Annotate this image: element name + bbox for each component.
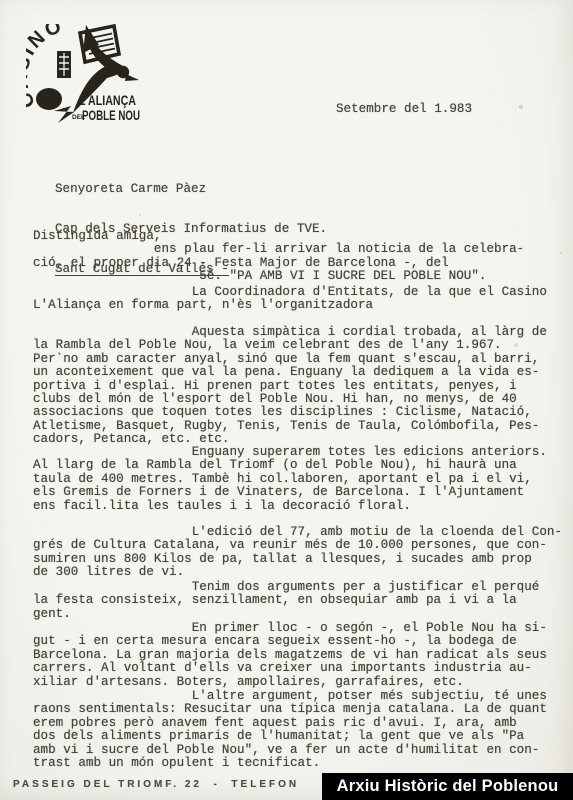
- body-paragraph: L'altre argument, potser més subjectiu, …: [33, 690, 547, 770]
- body-paragraph: L'edició del 77, amb motiu de la cloenda…: [33, 526, 562, 580]
- scanned-letter-page: CASINO: [0, 0, 573, 800]
- archive-watermark: Arxiu Històric del Poblenou: [322, 773, 573, 800]
- body-paragraph: Distingida amiga, ens plau fer-li arriva…: [33, 230, 524, 284]
- logo-alianca-text: L'ALIANÇA: [79, 93, 136, 108]
- casino-alianca-logo: CASINO: [26, 24, 144, 126]
- body-paragraph: Aquesta simpàtica i cordial trobada, al …: [33, 326, 547, 447]
- recipient-name: Senyoreta Carme Pàez: [55, 183, 327, 196]
- logo-building-icon: [57, 51, 71, 78]
- body-paragraph: Tenim dos arguments per a justificar el …: [33, 581, 539, 621]
- archive-watermark-label: Arxiu Històric del Poblenou: [337, 777, 559, 796]
- body-paragraph: La Coordinadora d'Entitats, de la que el…: [33, 286, 547, 313]
- scan-noise: [0, 0, 2, 2]
- body-paragraph: Enguany superarem totes les edicions ant…: [33, 446, 547, 513]
- body-paragraph: En primer lloc - o segón -, el Poble Nou…: [33, 622, 547, 689]
- logo-poblenou-text: POBLE NOU: [82, 108, 140, 123]
- footer-address: PASSEIG DEL TRIOMF. 22 - TELEFON: [13, 779, 299, 790]
- date-line: Setembre del 1.983: [336, 103, 472, 116]
